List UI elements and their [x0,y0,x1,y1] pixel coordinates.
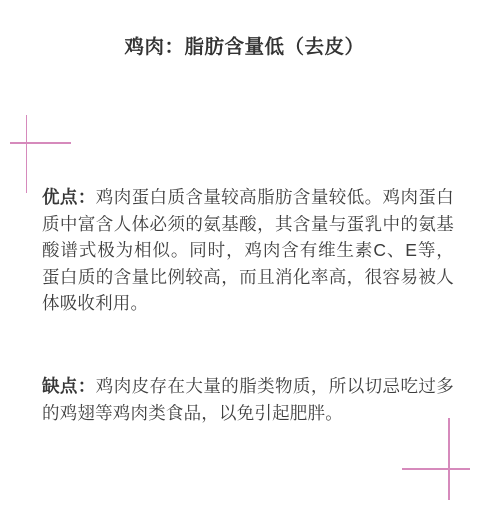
document-page: 鸡肉：脂肪含量低（去皮） 优点：鸡肉蛋白质含量较高脂肪含量较低。鸡肉蛋白质中富含… [0,0,489,519]
disadvantages-paragraph: 缺点：鸡肉皮存在大量的脂类物质，所以切忌吃过多的鸡翅等鸡肉类食品，以免引起肥胖。 [42,373,454,426]
crop-mark-left-horizontal-line [10,142,71,144]
advantages-paragraph: 优点：鸡肉蛋白质含量较高脂肪含量较低。鸡肉蛋白质中富含人体必须的氨基酸，其含量与… [42,184,454,317]
crop-mark-left-vertical-line [26,115,28,193]
crop-mark-bottom-right-horizontal-line [402,468,470,470]
page-title: 鸡肉：脂肪含量低（去皮） [0,31,489,59]
disadvantages-text: 鸡肉皮存在大量的脂类物质，所以切忌吃过多的鸡翅等鸡肉类食品，以免引起肥胖。 [42,376,454,423]
crop-mark-bottom-right-vertical-line [448,418,450,500]
advantages-text: 鸡肉蛋白质含量较高脂肪含量较低。鸡肉蛋白质中富含人体必须的氨基酸，其含量与蛋乳中… [42,187,454,313]
advantages-label: 优点： [42,187,96,207]
disadvantages-label: 缺点： [42,376,96,396]
